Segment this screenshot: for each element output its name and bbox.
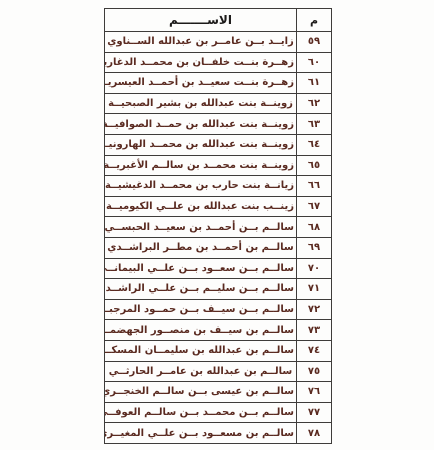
table-row: ٦٠ زهــرة بنــت خلفــان بن محمــد الدغار… — [105, 52, 332, 73]
names-table: م الاســـــــم ٥٩ زايــد بــن عامــر بن … — [104, 8, 332, 444]
row-name: زايــد بــن عامــر بن عبدالله الســناوي — [105, 32, 297, 53]
row-name: زوينــة بنت محمــد بن سالــم الأغبريــة — [105, 155, 297, 176]
row-name: زوينــة بنت عبدالله بن محمــد الهارونيــ… — [105, 134, 297, 155]
row-number: ٧٢ — [297, 299, 332, 320]
row-number: ٦٢ — [297, 93, 332, 114]
row-name: سالــم بــن محمــد بــن سالــم العوفــي — [105, 402, 297, 423]
row-number: ٥٩ — [297, 32, 332, 53]
row-name: سالــم بن عبدالله بن عامــر الحارثــي — [105, 361, 297, 382]
row-number: ٦٦ — [297, 176, 332, 197]
row-name: زوينــة بنت عبدالله بن بشير الصبحيــة — [105, 93, 297, 114]
row-number: ٧٤ — [297, 340, 332, 361]
table-row: ٦٨ سالــم بــن أحمــد بن سعيــد الحبســي — [105, 217, 332, 238]
row-name: سالــم بن سيــف بن منصــور الجهضمــي — [105, 320, 297, 341]
header-row: م الاســـــــم — [105, 9, 332, 32]
row-number: ٦٨ — [297, 217, 332, 238]
row-name: زينــب بنت عبدالله بن علــي الكيوميــة — [105, 196, 297, 217]
table-row: ٦١ زهــرة بنــت سعيــد بن أحمــد العيسري… — [105, 73, 332, 94]
row-name: سالــم بن أحمــد بن مطــر البراشــدي — [105, 237, 297, 258]
row-number: ٦٣ — [297, 114, 332, 135]
row-name: زوينــة بنت عبدالله بن حمــد الصوافيــة — [105, 114, 297, 135]
table-row: ٧١ سالــم بــن سليــم بــن علــي الراشــ… — [105, 279, 332, 300]
table-row: ٧٣ سالــم بن سيــف بن منصــور الجهضمــي — [105, 320, 332, 341]
row-number: ٧٦ — [297, 382, 332, 403]
header-name-column: الاســـــــم — [105, 9, 297, 32]
table-row: ٦٧ زينــب بنت عبدالله بن علــي الكيوميــ… — [105, 196, 332, 217]
table-row: ٦٣ زوينــة بنت عبدالله بن حمــد الصوافيـ… — [105, 114, 332, 135]
row-number: ٦٧ — [297, 196, 332, 217]
row-name: سالــم بن عيسى بــن سالــم الخنجــري — [105, 382, 297, 403]
header-number-column: م — [297, 9, 332, 32]
table-row: ٧٤ سالــم بن عبدالله بن سليمــان المسكــ… — [105, 340, 332, 361]
row-number: ٦٤ — [297, 134, 332, 155]
table-row: ٦٥ زوينــة بنت محمــد بن سالــم الأغبريـ… — [105, 155, 332, 176]
row-name: سالــم بــن سعــود بــن علــي البيمانــي — [105, 258, 297, 279]
row-number: ٧٣ — [297, 320, 332, 341]
table-row: ٦٢ زوينــة بنت عبدالله بن بشير الصبحيــة — [105, 93, 332, 114]
table-row: ٧٧ سالــم بــن محمــد بــن سالــم العوفـ… — [105, 402, 332, 423]
row-name: سالــم بــن سليــم بــن علــي الراشــدي — [105, 279, 297, 300]
table-row: ٧٥ سالــم بن عبدالله بن عامــر الحارثــي — [105, 361, 332, 382]
row-name: سالــم بــن سيــف بــن حمــود المرجبــي — [105, 299, 297, 320]
table-row: ٧٨ سالــم بن مسعــود بــن علــي المغيــر… — [105, 423, 332, 444]
row-number: ٦١ — [297, 73, 332, 94]
table-row: ٧٠ سالــم بــن سعــود بــن علــي البيمان… — [105, 258, 332, 279]
row-name: زيانــة بنت حارب بن محمــد الدغيشيــة — [105, 176, 297, 197]
row-number: ٦٥ — [297, 155, 332, 176]
row-name: زهــرة بنــت سعيــد بن أحمــد العيسريــة — [105, 73, 297, 94]
document-page: م الاســـــــم ٥٩ زايــد بــن عامــر بن … — [0, 0, 434, 450]
row-number: ٧١ — [297, 279, 332, 300]
row-number: ٧٨ — [297, 423, 332, 444]
row-name: سالــم بــن أحمــد بن سعيــد الحبســي — [105, 217, 297, 238]
row-name: سالــم بن عبدالله بن سليمــان المسكــري — [105, 340, 297, 361]
table-row: ٦٦ زيانــة بنت حارب بن محمــد الدغيشيــة — [105, 176, 332, 197]
table-row: ٧٦ سالــم بن عيسى بــن سالــم الخنجــري — [105, 382, 332, 403]
row-number: ٦٩ — [297, 237, 332, 258]
table-row: ٦٩ سالــم بن أحمــد بن مطــر البراشــدي — [105, 237, 332, 258]
row-name: سالــم بن مسعــود بــن علــي المغيــري — [105, 423, 297, 444]
row-number: ٧٠ — [297, 258, 332, 279]
table-row: ٦٤ زوينــة بنت عبدالله بن محمــد الهارون… — [105, 134, 332, 155]
row-number: ٧٧ — [297, 402, 332, 423]
row-name: زهــرة بنــت خلفــان بن محمــد الدغاريــ… — [105, 52, 297, 73]
row-number: ٧٥ — [297, 361, 332, 382]
table-row: ٥٩ زايــد بــن عامــر بن عبدالله الســنا… — [105, 32, 332, 53]
table-row: ٧٢ سالــم بــن سيــف بــن حمــود المرجبـ… — [105, 299, 332, 320]
row-number: ٦٠ — [297, 52, 332, 73]
